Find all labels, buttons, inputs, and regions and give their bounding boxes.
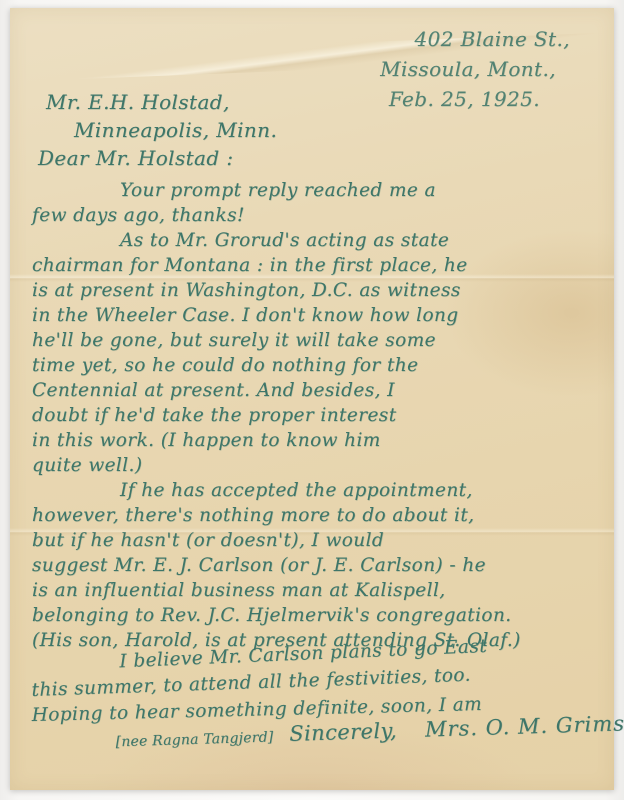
letter-date: Feb. 25, 1925. xyxy=(32,84,570,114)
salutation: Dear Mr. Holstad : xyxy=(38,144,596,172)
body-line: few days ago, thanks! xyxy=(32,203,596,228)
body-line: suggest Mr. E. J. Carlson (or J. E. Carl… xyxy=(32,553,596,578)
body-line: As to Mr. Grorud's acting as state xyxy=(32,228,596,253)
body-line: he'll be gone, but surely it will take s… xyxy=(32,328,596,353)
body-line: time yet, so he could do nothing for the xyxy=(32,353,596,378)
body-line: chairman for Montana : in the first plac… xyxy=(32,253,596,278)
sender-street-line: 402 Blaine St., xyxy=(32,24,570,54)
body-line: belonging to Rev. J.C. Hjelmervik's cong… xyxy=(32,603,596,628)
letter-body: Your prompt reply reached me a few days … xyxy=(32,178,596,728)
body-line: Centennial at present. And besides, I xyxy=(32,378,596,403)
body-line: in the Wheeler Case. I don't know how lo… xyxy=(32,303,596,328)
body-line: is an influential business man at Kalisp… xyxy=(32,578,596,603)
body-line: If he has accepted the appointment, xyxy=(32,478,596,503)
recipient-city: Minneapolis, Minn. xyxy=(74,116,596,144)
closing-word: Sincerely, xyxy=(289,719,397,746)
sender-city-line: Missoula, Mont., xyxy=(32,54,570,84)
maiden-name-annotation: [nee Ragna Tangjerd] xyxy=(115,729,273,750)
body-line: quite well.) xyxy=(32,453,596,478)
body-line: but if he hasn't (or doesn't), I would xyxy=(32,528,596,553)
body-line: is at present in Washington, D.C. as wit… xyxy=(32,278,596,303)
letter-page: 402 Blaine St., Missoula, Mont., Feb. 25… xyxy=(10,8,614,790)
body-line: doubt if he'd take the proper interest xyxy=(32,403,596,428)
body-line: however, there's nothing more to do abou… xyxy=(32,503,596,528)
body-line: Your prompt reply reached me a xyxy=(32,178,596,203)
scan-background: 402 Blaine St., Missoula, Mont., Feb. 25… xyxy=(0,0,624,800)
body-line: in this work. (I happen to know him xyxy=(32,428,596,453)
sender-address-block: 402 Blaine St., Missoula, Mont., Feb. 25… xyxy=(32,24,596,114)
